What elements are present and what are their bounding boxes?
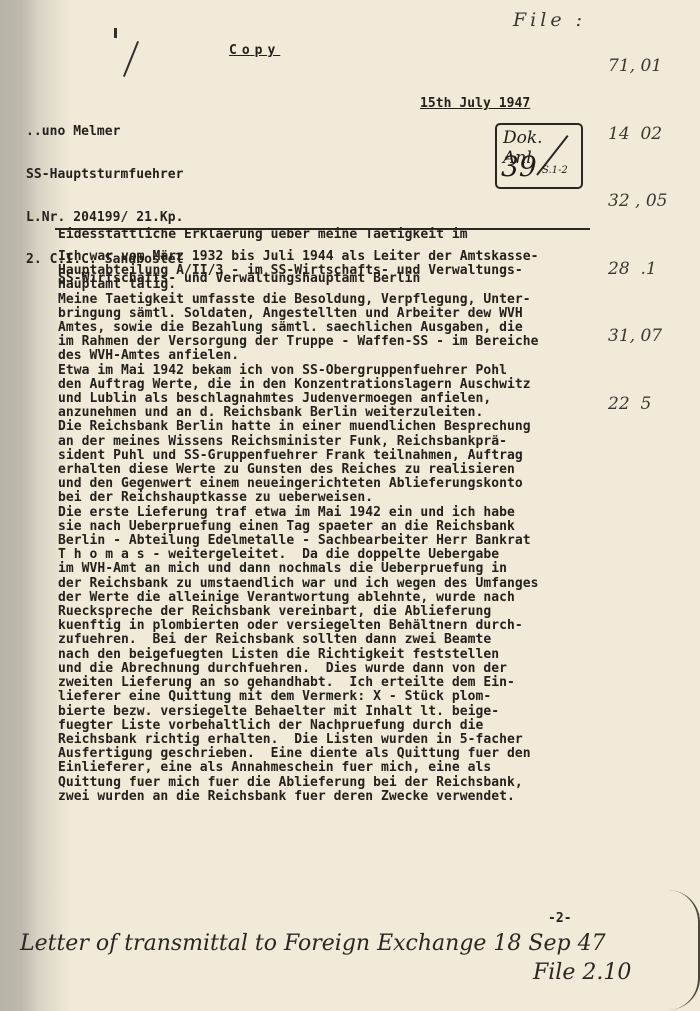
body-line: Hauptabteilung A/II/3 - im SS-Wirtschaft… [58,264,538,278]
body-line: bringung sämtl. Soldaten, Angestellten u… [58,307,538,321]
stamp-sub: S.1-2 [542,165,568,176]
body-line: Amtes, sowie die Bezahlung sämtl. saechl… [58,321,538,335]
body-line: Ausfertigung geschrieben. Eine diente al… [58,747,538,761]
body-line: Ich war vom März 1932 bis Juli 1944 als … [58,250,538,264]
handwritten-number-list: 71, 01 14 02 32 , 05 28 .1 31, 07 22 5 [608,10,667,438]
body-line: und den Gegenwert einem neueingerichtete… [58,477,538,491]
file-annotation: File : [513,9,586,31]
body-line: anzunehmen und an d. Reichsbank Berlin w… [58,406,538,420]
body-line: Reichsbank richtig erhalten. Die Listen … [58,733,538,747]
body-line: lieferer eine Quittung mit dem Vermerk: … [58,690,538,704]
body-line: Etwa im Mai 1942 bekam ich von SS-Obergr… [58,364,538,378]
body-line: nach den beigefuegten Listen die Richtig… [58,648,538,662]
body-line: sident Puhl und SS-Gruppenfuehrer Frank … [58,449,538,463]
pen-mark [114,28,117,38]
body-line: bierte bezw. versiegelte Behaelter mit I… [58,705,538,719]
body-line: Quittung fuer mich fuer die Ablieferung … [58,776,538,790]
body-line: den Auftrag Werte, die in den Konzentrat… [58,378,538,392]
sender-name: ..uno Melmer [26,125,184,139]
copy-label: Copy [229,44,280,58]
body-line: der Werte die alleinige Verantwortung ab… [58,591,538,605]
handwritten-number: 71, 01 [608,55,667,78]
body-line: Rueckspreche der Reichsbank vereinbart, … [58,605,538,619]
body-line: Die Reichsbank Berlin hatte in einer mue… [58,420,538,434]
body-line: der Reichsbank zu umstaendlich war und i… [58,577,538,591]
body-line: Hauptamt tätig. [58,278,538,292]
body-line: Meine Taetigkeit umfasste die Besoldung,… [58,293,538,307]
body-line: und Lublin als beschlagnahmtes Judenverm… [58,392,538,406]
document-body: Ich war vom März 1932 bis Juli 1944 als … [58,250,538,804]
title-line: Eidesstattliche Erklaerung ueber meine T… [58,228,468,243]
body-line: des WVH-Amtes anfielen. [58,349,538,363]
body-line: Einlieferer, eine als Annahmeschein fuer… [58,761,538,775]
body-line: an der meines Wissens Reichsminister Fun… [58,435,538,449]
body-line: erhalten diese Werte zu Gunsten des Reic… [58,463,538,477]
body-line: zufuehren. Bei der Reichsbank sollten da… [58,633,538,647]
body-line: bei der Reichshauptkasse zu ueberweisen. [58,491,538,505]
body-line: zweiten Lieferung an so gehandhabt. Ich … [58,676,538,690]
page-number: -2- [548,912,572,926]
body-line: Die erste Lieferung traf etwa im Mai 194… [58,506,538,520]
body-line: und die Abrechnung durchfuehren. Dies wu… [58,662,538,676]
pen-stroke [123,41,139,77]
handwritten-number: 31, 07 [608,325,667,348]
pen-curve [668,890,700,1010]
handwritten-number: 22 5 [608,393,667,416]
handwritten-number: 28 .1 [608,258,667,281]
body-line: sie nach Ueberpruefung einen Tag spaeter… [58,520,538,534]
body-line: T h o m a s - weitergeleitet. Da die dop… [58,548,538,562]
body-line: im Rahmen der Versorgung der Truppe - Wa… [58,335,538,349]
document-stamp: Dok. Anl. 39 S.1-2 [495,123,583,189]
handwritten-file-ref: File 2.10 [533,960,631,985]
body-line: zwei wurden an die Reichsbank fuer deren… [58,790,538,804]
body-line: fuegter Liste vorbehaltlich der Nachprue… [58,719,538,733]
stamp-number: 39 [501,150,537,183]
body-line: Berlin - Abteilung Edelmetalle - Sachbea… [58,534,538,548]
sender-rank: SS-Hauptsturmfuehrer [26,168,184,182]
handwritten-number: 14 02 [608,123,667,146]
handwritten-number: 32 , 05 [608,190,667,213]
body-line: kuenftig in plombierten oder versiegelte… [58,619,538,633]
document-date: 15th July 1947 [420,97,530,111]
title-underline [55,228,590,230]
body-line: im WVH-Amt an mich und dann nochmals die… [58,562,538,576]
handwritten-note: Letter of transmittal to Foreign Exchang… [20,931,606,956]
